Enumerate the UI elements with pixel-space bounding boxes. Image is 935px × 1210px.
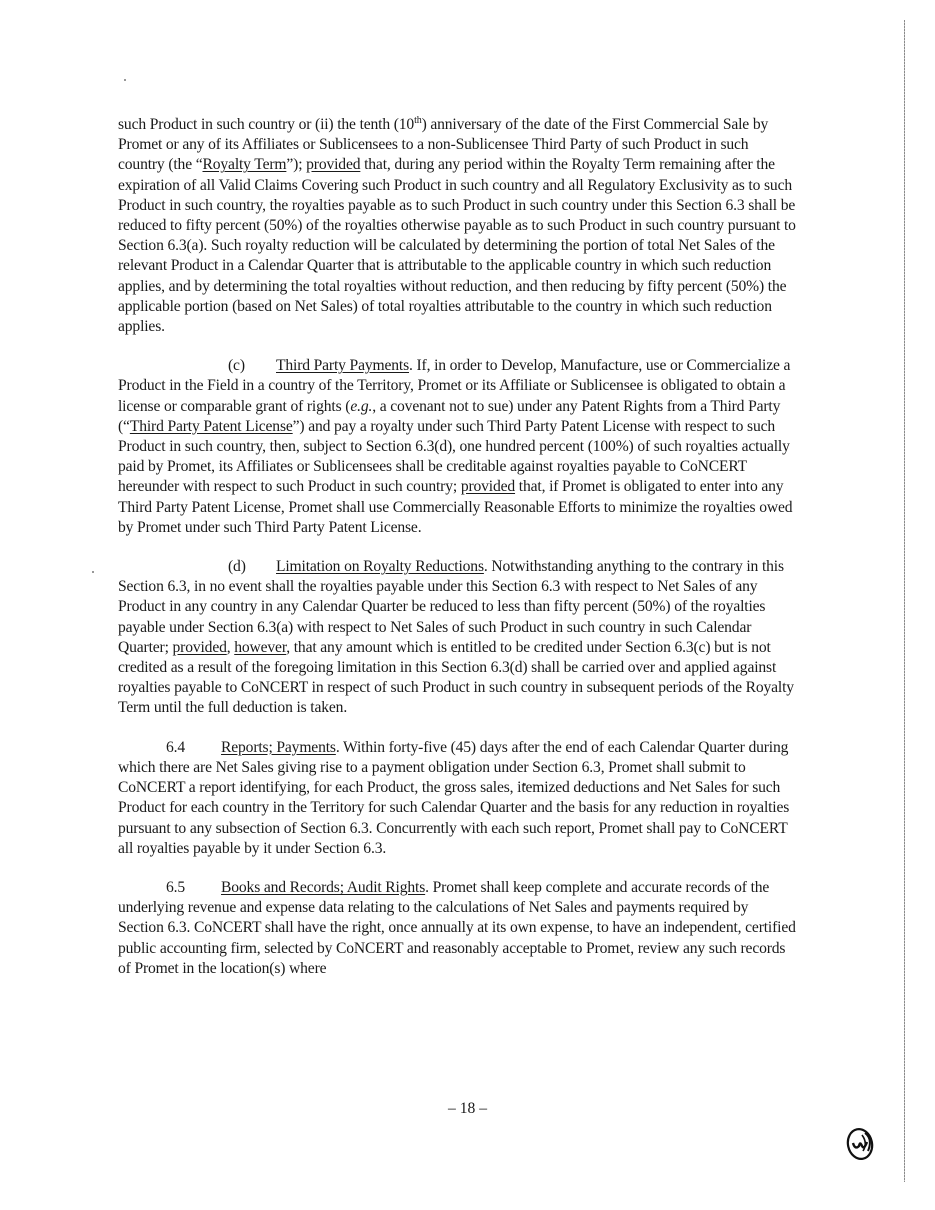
paragraph-section-6-4: 6.4Reports; Payments. Within forty-five … xyxy=(118,738,796,859)
body-text: such Product in such country or (ii) the… xyxy=(118,115,796,998)
text-run: ”); xyxy=(286,156,306,173)
paragraph-section-6-3-d: (d)Limitation on Royalty Reductions. Not… xyxy=(118,557,796,719)
section-heading: Reports; Payments xyxy=(221,739,336,756)
text-run: that, during any period within the Royal… xyxy=(118,156,796,335)
paragraph-royalty-term-continuation: such Product in such country or (ii) the… xyxy=(118,115,796,337)
page-number: – 18 – xyxy=(0,1100,935,1118)
however-term: however xyxy=(234,639,286,656)
section-heading: Books and Records; Audit Rights xyxy=(221,879,425,896)
provided-term: provided xyxy=(173,639,227,656)
section-number: 6.5 xyxy=(118,878,221,898)
scan-edge-line xyxy=(904,20,905,1182)
section-heading: Third Party Payments xyxy=(276,357,409,374)
italic-text: e.g. xyxy=(350,398,372,415)
scan-speck xyxy=(92,571,94,573)
provided-term: provided xyxy=(461,478,515,495)
section-heading: Limitation on Royalty Reductions xyxy=(276,558,484,575)
section-number: 6.4 xyxy=(118,738,221,758)
section-label: (c) xyxy=(118,356,276,376)
defined-term-third-party-patent-license: Third Party Patent License xyxy=(130,418,293,435)
superscript: th xyxy=(414,115,421,126)
handwritten-initials-icon xyxy=(845,1125,877,1163)
section-label: (d) xyxy=(118,557,276,577)
defined-term-royalty-term: Royalty Term xyxy=(203,156,287,173)
text-run: such Product in such country or (ii) the… xyxy=(118,116,414,133)
paragraph-section-6-3-c: (c)Third Party Payments. If, in order to… xyxy=(118,356,796,538)
scan-speck xyxy=(124,79,126,81)
provided-term: provided xyxy=(306,156,360,173)
paragraph-section-6-5: 6.5Books and Records; Audit Rights. Prom… xyxy=(118,878,796,979)
document-page: such Product in such country or (ii) the… xyxy=(0,0,935,1210)
